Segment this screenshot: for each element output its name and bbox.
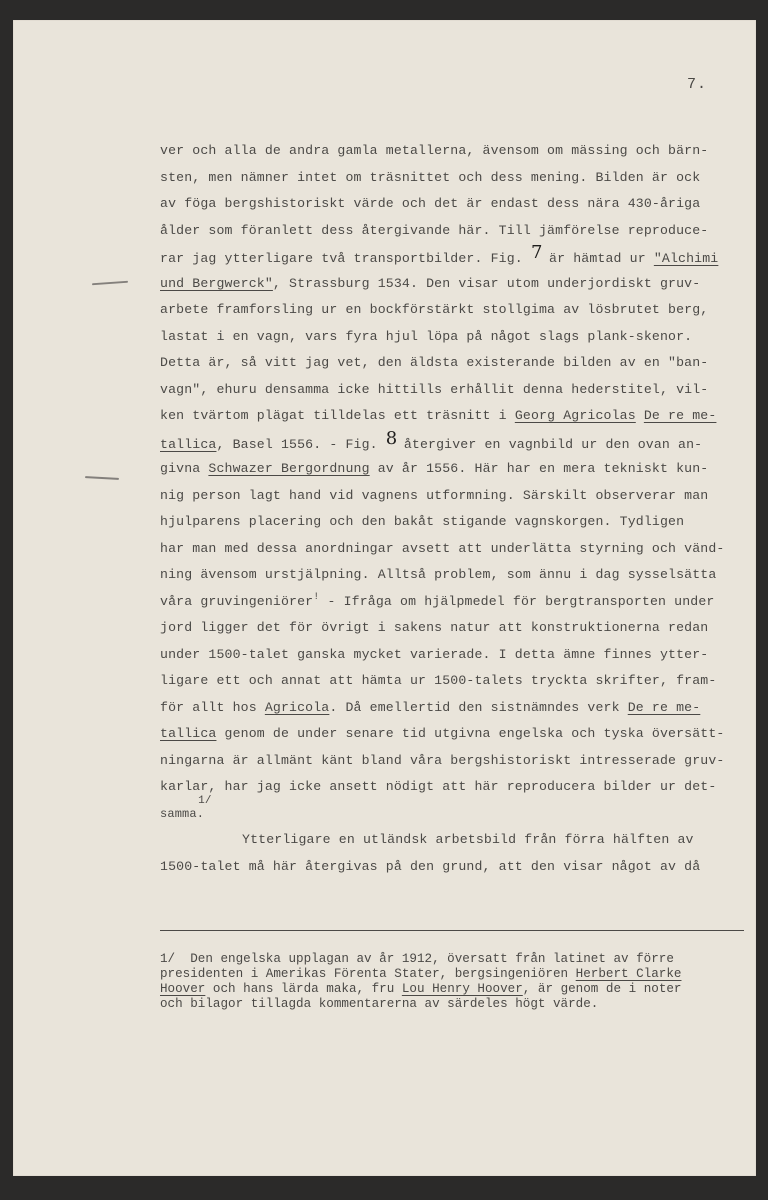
margin-pencil-mark (85, 476, 119, 480)
underlined-name: Agricola (265, 700, 330, 715)
underlined-title: tallica (160, 437, 216, 452)
text-line: ning ävensom urstjälpning. Alltså proble… (160, 562, 740, 589)
page-number: 7. (687, 76, 707, 93)
text-line: under 1500-talet ganska mycket varierade… (160, 642, 740, 669)
underlined-name: Herbert Clarke (576, 967, 682, 981)
text-line: ålder som föranlett dess återgivande här… (160, 218, 740, 245)
text-line: ligare ett och annat att hämta ur 1500-t… (160, 668, 740, 695)
underlined-title: "Alchimi (654, 251, 719, 266)
text-line: Ytterligare en utländsk arbetsbild från … (160, 827, 740, 854)
handwritten-figure-number: 8 (386, 426, 396, 453)
underlined-name: Lou Henry Hoover (402, 982, 523, 996)
footnote: 1/ Den engelska upplagan av år 1912, öve… (160, 952, 750, 1012)
text-line: nig person lagt hand vid vagnens utformn… (160, 483, 740, 510)
text-line: lastat i en vagn, vars fyra hjul löpa på… (160, 324, 740, 351)
handwritten-mark: ! (313, 592, 319, 603)
footnote-line: 1/ Den engelska upplagan av år 1912, öve… (160, 952, 750, 967)
text-line: Detta är, så vitt jag vet, den äldsta ex… (160, 350, 740, 377)
footnote-line: Hoover och hans lärda maka, fru Lou Henr… (160, 982, 750, 997)
text-line: karlar, har jag icke ansett nödigt att h… (160, 774, 740, 801)
footnote-line: och bilagor tillagda kommentarerna av sä… (160, 997, 750, 1012)
footnote-reference: 1/ (198, 795, 212, 807)
text-line: ver och alla de andra gamla metallerna, … (160, 138, 740, 165)
text-line: ken tvärtom plägat tilldelas ett träsnit… (160, 403, 740, 430)
text-line: tallica, Basel 1556. - Fig. 8 återgiver … (160, 430, 740, 457)
text-line: jord ligger det för övrigt i sakens natu… (160, 615, 740, 642)
text-line: hjulparens placering och den bakåt stiga… (160, 509, 740, 536)
text-line: arbete framforsling ur en bockförstärkt … (160, 297, 740, 324)
footnote-divider (160, 930, 744, 931)
text-line: har man med dessa anordningar avsett att… (160, 536, 740, 563)
underlined-title: De re me- (644, 408, 717, 423)
body-text: ver och alla de andra gamla metallerna, … (160, 138, 740, 880)
underlined-name: Hoover (160, 982, 205, 996)
footnote-line: presidenten i Amerikas Förenta Stater, b… (160, 967, 750, 982)
text-line: av föga bergshistoriskt värde och det är… (160, 191, 740, 218)
handwritten-figure-number: 7 (531, 240, 541, 267)
text-line: samma.1/ (160, 801, 740, 828)
text-line: rar jag ytterligare två transportbilder.… (160, 244, 740, 271)
underlined-title: Schwazer Bergordnung (208, 461, 369, 476)
text-line: vagn", ehuru densamma icke hittills erhå… (160, 377, 740, 404)
text-line: 1500-talet må här återgivas på den grund… (160, 854, 740, 881)
text-line: våra gruvingeniörer! - Ifråga om hjälpme… (160, 589, 740, 616)
text-line: tallica genom de under senare tid utgivn… (160, 721, 740, 748)
underlined-title: De re me- (628, 700, 701, 715)
text-line: givna Schwazer Bergordnung av år 1556. H… (160, 456, 740, 483)
text-line: und Bergwerck", Strassburg 1534. Den vis… (160, 271, 740, 298)
margin-pencil-mark (92, 281, 128, 286)
underlined-title: und Bergwerck" (160, 276, 273, 291)
underlined-name: Georg Agricolas (515, 408, 636, 423)
underlined-title: tallica (160, 726, 216, 741)
text-line: ningarna är allmänt känt bland våra berg… (160, 748, 740, 775)
text-line: sten, men nämner intet om träsnittet och… (160, 165, 740, 192)
text-line: för allt hos Agricola. Då emellertid den… (160, 695, 740, 722)
